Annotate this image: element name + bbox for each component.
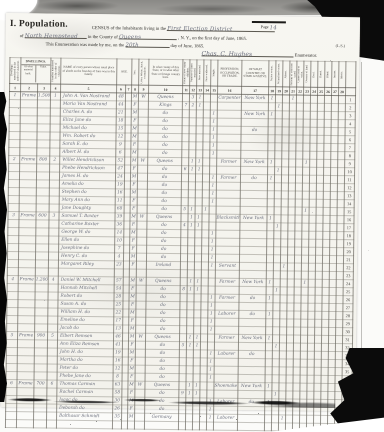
- table-cell: [18, 316, 35, 324]
- table-cell: [6, 372, 17, 380]
- table-cell: [215, 302, 239, 310]
- line-number: 29: [343, 320, 353, 328]
- table-cell: 600: [36, 212, 49, 220]
- table-cell: [34, 412, 47, 420]
- printed-text: This Enumeration was made by me, on the: [46, 41, 125, 47]
- line-number: 31: [343, 336, 353, 344]
- table-cell: [48, 292, 58, 300]
- enumerator-line: Chas. C. Hughes Enumerator.: [201, 50, 317, 57]
- table-cell: [19, 220, 36, 228]
- table-cell: [19, 228, 36, 236]
- printed-text: of: [20, 33, 24, 38]
- table-cell: [137, 221, 147, 229]
- table-cell: [17, 364, 34, 372]
- table-cell: [50, 164, 60, 172]
- line-number: 23: [343, 272, 353, 280]
- line-number: 7: [345, 144, 355, 152]
- table-cell: 41: [113, 341, 122, 349]
- table-cell: 1: [9, 92, 20, 100]
- table-cell: [217, 150, 241, 158]
- table-cell: [136, 325, 146, 333]
- table-cell: [20, 100, 37, 108]
- page-edge-shadow: [361, 62, 362, 348]
- table-cell: [20, 132, 37, 140]
- line-number: 18: [344, 232, 354, 240]
- table-cell: [217, 134, 241, 142]
- table-cell: [6, 348, 17, 356]
- blank-line: Queens: [119, 33, 177, 40]
- line-number: 16: [344, 216, 354, 224]
- table-cell: [137, 189, 147, 197]
- table-cell: [34, 404, 47, 412]
- table-cell: Laborer: [215, 310, 239, 318]
- table-cell: 22: [114, 309, 123, 317]
- signature-line: Chas. C. Hughes: [201, 50, 293, 57]
- table-cell: 26: [113, 405, 122, 413]
- table-cell: [36, 204, 49, 212]
- column-number: 1: [10, 84, 21, 92]
- table-cell: [18, 260, 35, 268]
- table-cell: [35, 260, 48, 268]
- column-number: 3: [38, 84, 51, 92]
- table-cell: [17, 372, 34, 380]
- table-cell: Farmer: [217, 158, 241, 166]
- table-cell: [138, 117, 148, 125]
- table-cell: [50, 132, 60, 140]
- line-number: 1: [345, 96, 355, 104]
- seal-label: (L.S.): [336, 43, 345, 48]
- table-cell: [7, 300, 18, 308]
- line-number: 2: [345, 104, 355, 112]
- table-cell: [37, 132, 50, 140]
- table-cell: [9, 132, 20, 140]
- column-header: Parent of how many children.: [183, 60, 190, 86]
- column-header: Families numbered in the order of visita…: [51, 58, 61, 84]
- printed-text: , N. Y., on the first day of June, 1865.: [178, 35, 247, 41]
- table-cell: [217, 118, 241, 126]
- line-number: 30: [343, 328, 353, 336]
- blank-line: North Hempstead: [25, 32, 87, 39]
- table-cell: [50, 108, 60, 116]
- line-number: 13: [344, 192, 354, 200]
- table-cell: [214, 406, 238, 414]
- table-cell: [137, 229, 147, 237]
- table-cell: Farmer: [215, 294, 239, 302]
- table-cell: 46: [114, 333, 123, 341]
- table-cell: [17, 348, 34, 356]
- table-cell: 28: [114, 293, 123, 301]
- table-cell: 7: [115, 245, 124, 253]
- table-cell: [9, 100, 20, 108]
- table-cell: [19, 172, 36, 180]
- column-header: In what county of this State, or in what…: [149, 59, 183, 85]
- column-number: 4: [51, 84, 61, 92]
- table-cell: [136, 293, 146, 301]
- table-cell: 12: [113, 365, 122, 373]
- table-cell: [49, 236, 59, 244]
- table-cell: [214, 358, 238, 366]
- table-cell: [48, 268, 58, 276]
- table-cell: [9, 116, 20, 124]
- table-cell: 4: [7, 276, 18, 284]
- line-number: 28: [343, 312, 353, 320]
- table-cell: [18, 268, 35, 276]
- table-cell: [7, 308, 18, 316]
- table-cell: [47, 356, 57, 364]
- line-number: 20: [344, 248, 354, 256]
- table-cell: 36: [115, 221, 124, 229]
- table-cell: W: [138, 93, 148, 101]
- table-cell: [136, 309, 146, 317]
- table-cell: [8, 196, 19, 204]
- table-cell: 25: [114, 301, 123, 309]
- table-cell: [136, 317, 146, 325]
- column-header: AGE.: [117, 59, 132, 85]
- census-scan-page: I. Population. CENSUS of the Inhabitants…: [0, 0, 384, 432]
- table-cell: 5: [7, 332, 18, 340]
- table-cell: [8, 236, 19, 244]
- table-cell: 1,200: [35, 276, 48, 284]
- scan-speckles: [0, 0, 1, 1]
- table-cell: [35, 292, 48, 300]
- table-cell: [135, 413, 145, 421]
- enumerator-label: Enumerator.: [295, 53, 318, 58]
- table-cell: [50, 100, 60, 108]
- table-cell: [137, 181, 147, 189]
- table-cell: [19, 244, 36, 252]
- table-cell: [17, 412, 34, 420]
- column-number: 16: [218, 86, 242, 94]
- table-cell: 12: [116, 133, 125, 141]
- table-cell: [9, 164, 20, 172]
- table-cell: 800: [37, 156, 50, 164]
- table-cell: [215, 318, 239, 326]
- table-cell: [36, 172, 49, 180]
- table-cell: Frame: [18, 332, 35, 340]
- table-cell: Farmer: [216, 174, 240, 182]
- table-cell: Laborer: [214, 414, 238, 422]
- table-cell: [37, 100, 50, 108]
- table-cell: [48, 284, 58, 292]
- table-cell: [136, 269, 146, 277]
- table-cell: [46, 420, 56, 428]
- table-cell: [48, 316, 58, 324]
- table-cell: W: [136, 277, 146, 285]
- schedule-title: I. Population.: [10, 19, 68, 30]
- table-cell: 19: [115, 181, 124, 189]
- table-cell: [37, 124, 50, 132]
- table-cell: 3: [8, 212, 19, 220]
- table-cell: Frame: [20, 156, 37, 164]
- table-cell: [8, 172, 19, 180]
- printed-text: CENSUS of the Inhabitants living in the: [92, 25, 166, 31]
- column-number: [346, 88, 356, 96]
- table-cell: [9, 140, 20, 148]
- table-cell: [135, 341, 145, 349]
- line-number: 17: [344, 224, 354, 232]
- line-number: 27: [343, 304, 353, 312]
- table-cell: W: [138, 157, 148, 165]
- table-cell: [36, 244, 49, 252]
- column-number: 6: [117, 85, 126, 93]
- table-cell: [137, 205, 147, 213]
- line-number: 25: [343, 288, 353, 296]
- table-cell: [138, 109, 148, 117]
- table-cell: [35, 252, 48, 260]
- table-cell: 700: [34, 380, 47, 388]
- table-cell: [216, 182, 240, 190]
- table-cell: Frame: [19, 212, 36, 220]
- enumerator-signature: Chas. C. Hughes: [201, 50, 252, 58]
- table-cell: 6: [47, 380, 57, 388]
- table-cell: 11: [115, 197, 124, 205]
- line-number: 4: [345, 120, 355, 128]
- table-cell: [217, 126, 241, 134]
- table-cell: [47, 372, 57, 380]
- printed-text: day of June, 1865.: [170, 43, 204, 48]
- table-cell: [138, 165, 148, 173]
- table-cell: [56, 420, 112, 429]
- table-cell: Frame: [18, 276, 35, 284]
- line-number: 9: [345, 160, 355, 168]
- table-cell: [137, 197, 147, 205]
- handwritten-county: Queens: [119, 34, 141, 40]
- table-cell: Laborer: [214, 350, 238, 358]
- table-cell: [8, 188, 19, 196]
- table-cell: [35, 308, 48, 316]
- column-header: Cannot read or write.: [297, 61, 304, 87]
- table-cell: [6, 412, 17, 420]
- page-number-box: Page 14: [252, 21, 286, 30]
- table-cell: [36, 228, 49, 236]
- table-cell: [35, 324, 48, 332]
- table-cell: [8, 220, 19, 228]
- column-header: PROFESSION, OCCUPATION, OR TRADE.: [218, 60, 242, 86]
- table-cell: W: [137, 213, 147, 221]
- line-number: 14: [344, 200, 354, 208]
- table-cell: 900: [35, 332, 48, 340]
- table-cell: [138, 125, 148, 133]
- table-cell: [50, 124, 60, 132]
- table-cell: [18, 300, 35, 308]
- column-header: Color. White, black, or mulatto.: [139, 59, 149, 85]
- table-cell: [19, 180, 36, 188]
- table-cell: 2: [9, 156, 20, 164]
- table-cell: 54: [114, 285, 123, 293]
- table-cell: [135, 365, 145, 373]
- table-cell: 9: [116, 141, 125, 149]
- table-cell: [19, 236, 36, 244]
- table-cell: [8, 180, 19, 188]
- table-cell: [47, 364, 57, 372]
- table-cell: 1: [50, 92, 60, 100]
- table-cell: [138, 101, 148, 109]
- line-number: 8: [345, 152, 355, 160]
- table-cell: [215, 326, 239, 334]
- line-number: 5: [345, 128, 355, 136]
- table-cell: 18: [116, 117, 125, 125]
- column-header: NAME of every person whose usual place o…: [61, 58, 117, 85]
- table-cell: [48, 252, 58, 260]
- table-cell: [36, 196, 49, 204]
- line-number: 3: [345, 112, 355, 120]
- table-cell: [18, 308, 35, 316]
- table-cell: 35: [113, 413, 122, 421]
- population-table: Dwellings numbered in the order of visit…: [5, 57, 357, 432]
- table-cell: [112, 421, 121, 429]
- table-cell: [19, 188, 36, 196]
- table-cell: 13: [114, 325, 123, 333]
- table-cell: [20, 148, 37, 156]
- table-cell: [7, 292, 18, 300]
- table-cell: [134, 421, 144, 429]
- table-cell: Farmer: [215, 334, 239, 342]
- table-cell: [138, 133, 148, 141]
- table-cell: [36, 220, 49, 228]
- table-cell: [35, 268, 48, 276]
- table-cell: [18, 324, 35, 332]
- table-cell: 68: [115, 205, 124, 213]
- line-number: 15: [344, 208, 354, 216]
- table-cell: [214, 366, 238, 374]
- table-cell: [49, 204, 59, 212]
- column-header: DWELLINGS.Of what material built.Value.: [21, 58, 51, 84]
- table-cell: [216, 198, 240, 206]
- table-cell: [20, 164, 37, 172]
- census-line-1: CENSUS of the Inhabitants living in the …: [92, 24, 275, 32]
- table-cell: [237, 422, 264, 430]
- table-cell: [37, 140, 50, 148]
- column-number: 9: [139, 85, 149, 93]
- line-number: 26: [343, 296, 353, 304]
- census-sheet: I. Population. CENSUS of the Inhabitants…: [1, 13, 360, 411]
- table-cell: 5: [48, 332, 58, 340]
- table-cell: [216, 206, 240, 214]
- table-cell: 1,500: [37, 92, 50, 100]
- table-cell: 16: [115, 189, 124, 197]
- table-cell: [18, 252, 35, 260]
- table-cell: [8, 244, 19, 252]
- table-cell: 48: [116, 93, 125, 101]
- table-cell: [6, 340, 17, 348]
- table-cell: [49, 188, 59, 196]
- table-cell: 6: [116, 149, 125, 157]
- table-cell: [34, 340, 47, 348]
- table-cell: [6, 404, 17, 412]
- table-cell: [216, 190, 240, 198]
- table-cell: [49, 220, 59, 228]
- table-cell: [20, 116, 37, 124]
- table-cell: [16, 420, 33, 428]
- table-cell: [6, 364, 17, 372]
- table-cell: [217, 142, 241, 150]
- table-cell: 47: [116, 165, 125, 173]
- table-cell: [135, 405, 145, 413]
- table-cell: [8, 228, 19, 236]
- table-cell: [138, 141, 148, 149]
- table-cell: [48, 300, 58, 308]
- column-header: OF WHAT COUNTRY OR STATE A NATIVE.: [242, 60, 269, 86]
- table-cell: [34, 372, 47, 380]
- table-cell: W: [136, 333, 146, 341]
- table-cell: [34, 364, 47, 372]
- table-cell: [18, 284, 35, 292]
- table-cell: [135, 373, 145, 381]
- blank-line: 20th: [125, 41, 169, 48]
- table-cell: Frame: [17, 380, 34, 388]
- table-cell: [214, 374, 238, 382]
- table-cell: [19, 204, 36, 212]
- table-cell: Frame: [20, 92, 37, 100]
- table-cell: [48, 324, 58, 332]
- table-cell: [47, 348, 57, 356]
- table-cell: [20, 140, 37, 148]
- table-cell: 16: [113, 357, 122, 365]
- table-cell: 44: [116, 101, 125, 109]
- table-cell: 8: [113, 373, 122, 381]
- table-cell: [36, 180, 49, 188]
- table-cell: 4: [48, 276, 58, 284]
- table-cell: 57: [114, 277, 123, 285]
- table-cell: [7, 268, 18, 276]
- table-cell: [19, 196, 36, 204]
- table-cell: [9, 124, 20, 132]
- table-cell: [34, 348, 47, 356]
- table-cell: Carpenter: [217, 94, 241, 102]
- table-cell: 52: [116, 157, 125, 165]
- table-cell: [144, 421, 178, 429]
- table-cell: [50, 148, 60, 156]
- table-cell: [217, 110, 241, 118]
- table-cell: [49, 228, 59, 236]
- table-cell: [7, 260, 18, 268]
- table-cell: [136, 261, 146, 269]
- table-cell: [35, 284, 48, 292]
- column-number: 2: [21, 84, 38, 92]
- table-cell: [48, 260, 58, 268]
- column-header: [346, 62, 356, 88]
- table-cell: [5, 420, 16, 428]
- table-cell: 39: [115, 213, 124, 221]
- table-cell: [8, 204, 19, 212]
- table-cell: [49, 244, 59, 252]
- table-cell: [213, 422, 237, 430]
- table-cell: [35, 316, 48, 324]
- table-cell: [9, 108, 20, 116]
- table-cell: 14: [115, 229, 124, 237]
- table-cell: [136, 301, 146, 309]
- table-cell: [33, 420, 46, 428]
- table-cell: [49, 196, 59, 204]
- table-cell: [7, 252, 18, 260]
- handwritten-day: 20th: [125, 42, 139, 48]
- table-cell: 17: [114, 317, 123, 325]
- table-cell: [18, 292, 35, 300]
- table-cell: [47, 340, 57, 348]
- table-cell: [47, 412, 57, 420]
- table-cell: 21: [116, 109, 125, 117]
- table-cell: [7, 284, 18, 292]
- table-cell: 2: [50, 156, 60, 164]
- table-cell: [215, 286, 239, 294]
- table-cell: [214, 342, 238, 350]
- table-cell: [20, 124, 37, 132]
- table-cell: [47, 404, 57, 412]
- table-cell: [217, 166, 241, 174]
- table-cell: 63: [113, 381, 122, 389]
- column-header: Persons of color not taxed.: [290, 61, 297, 87]
- table-cell: [35, 300, 48, 308]
